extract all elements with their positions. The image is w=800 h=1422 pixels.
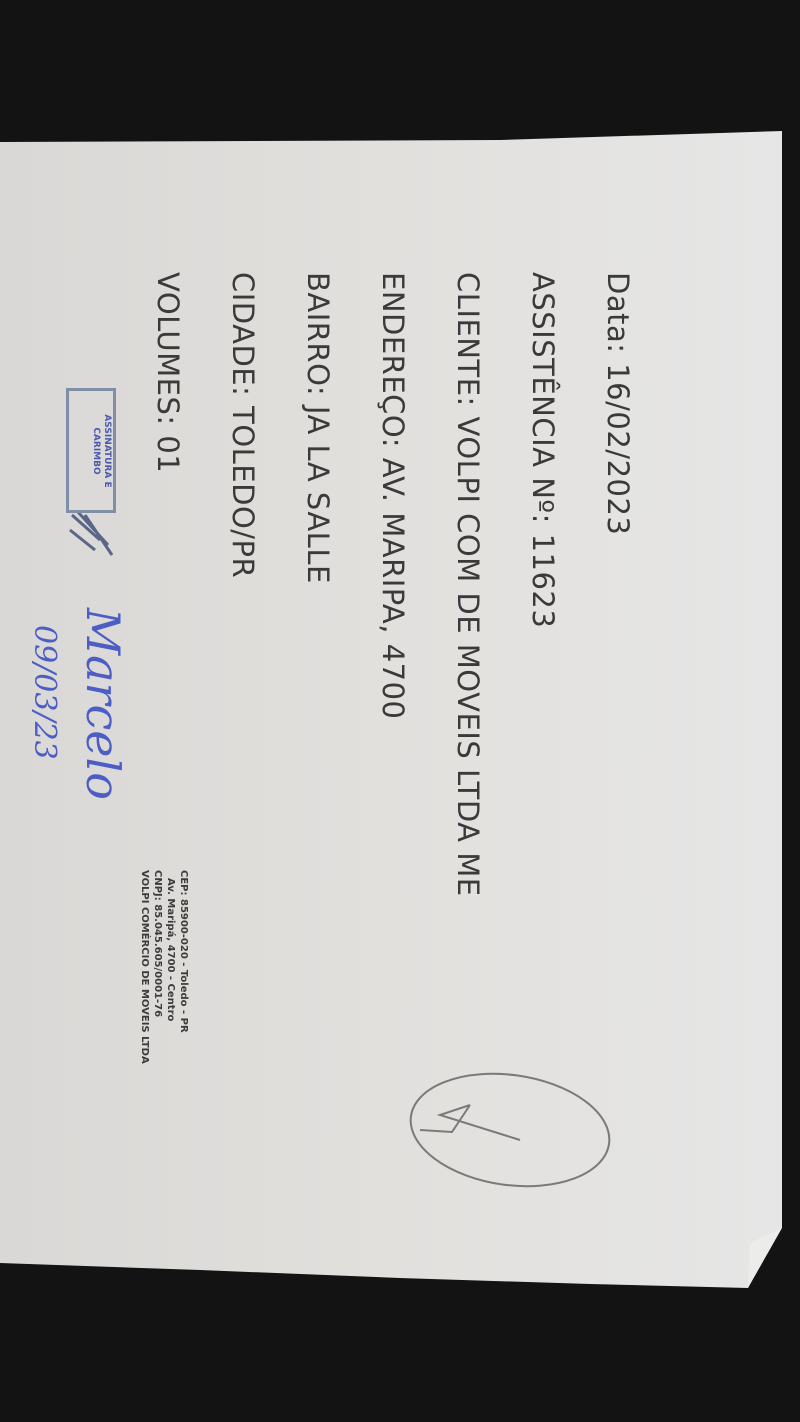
field-value: 11623 (526, 534, 560, 629)
handwritten-date: 09/03/23 (27, 625, 62, 760)
field-cliente: CLIENTE: VOLPI COM DE MOVEIS LTDA ME (451, 272, 485, 897)
field-cidade: CIDADE: TOLEDO/PR (226, 272, 260, 578)
field-bairro: BAIRRO: JA LA SALLE (301, 272, 335, 584)
field-label: CLIENTE: (451, 272, 485, 407)
field-volumes: VOLUMES: 01 (151, 272, 185, 473)
field-label: Data: (601, 272, 635, 354)
field-value: AV. MARIPA, 4700 (376, 458, 410, 720)
photographed-document: Data: 16/02/2023 ASSISTÊNCIA Nº: 11623 C… (0, 0, 800, 1422)
field-label: ASSISTÊNCIA Nº: (526, 272, 560, 524)
field-assistencia: ASSISTÊNCIA Nº: 11623 (526, 272, 560, 628)
field-date: Data: 16/02/2023 (601, 272, 635, 535)
field-label: ENDEREÇO: (376, 272, 410, 448)
field-endereco: ENDEREÇO: AV. MARIPA, 4700 (376, 272, 410, 720)
field-label: VOLUMES: (151, 272, 185, 426)
stamp-label: ASSINATURA E CARIMBO (90, 396, 112, 506)
field-label: CIDADE: (226, 272, 260, 396)
handwritten-signature: Marcelo (76, 608, 130, 800)
field-label: BAIRRO: (301, 272, 335, 396)
field-value: JA LA SALLE (301, 406, 335, 584)
company-footer: CEP: 85900-020 - Toledo - PR Av. Maripá,… (138, 870, 190, 1064)
field-value: 01 (151, 435, 185, 473)
field-value: 16/02/2023 (601, 363, 635, 535)
field-value: TOLEDO/PR (226, 406, 260, 578)
field-value: VOLPI COM DE MOVEIS LTDA ME (451, 417, 485, 897)
